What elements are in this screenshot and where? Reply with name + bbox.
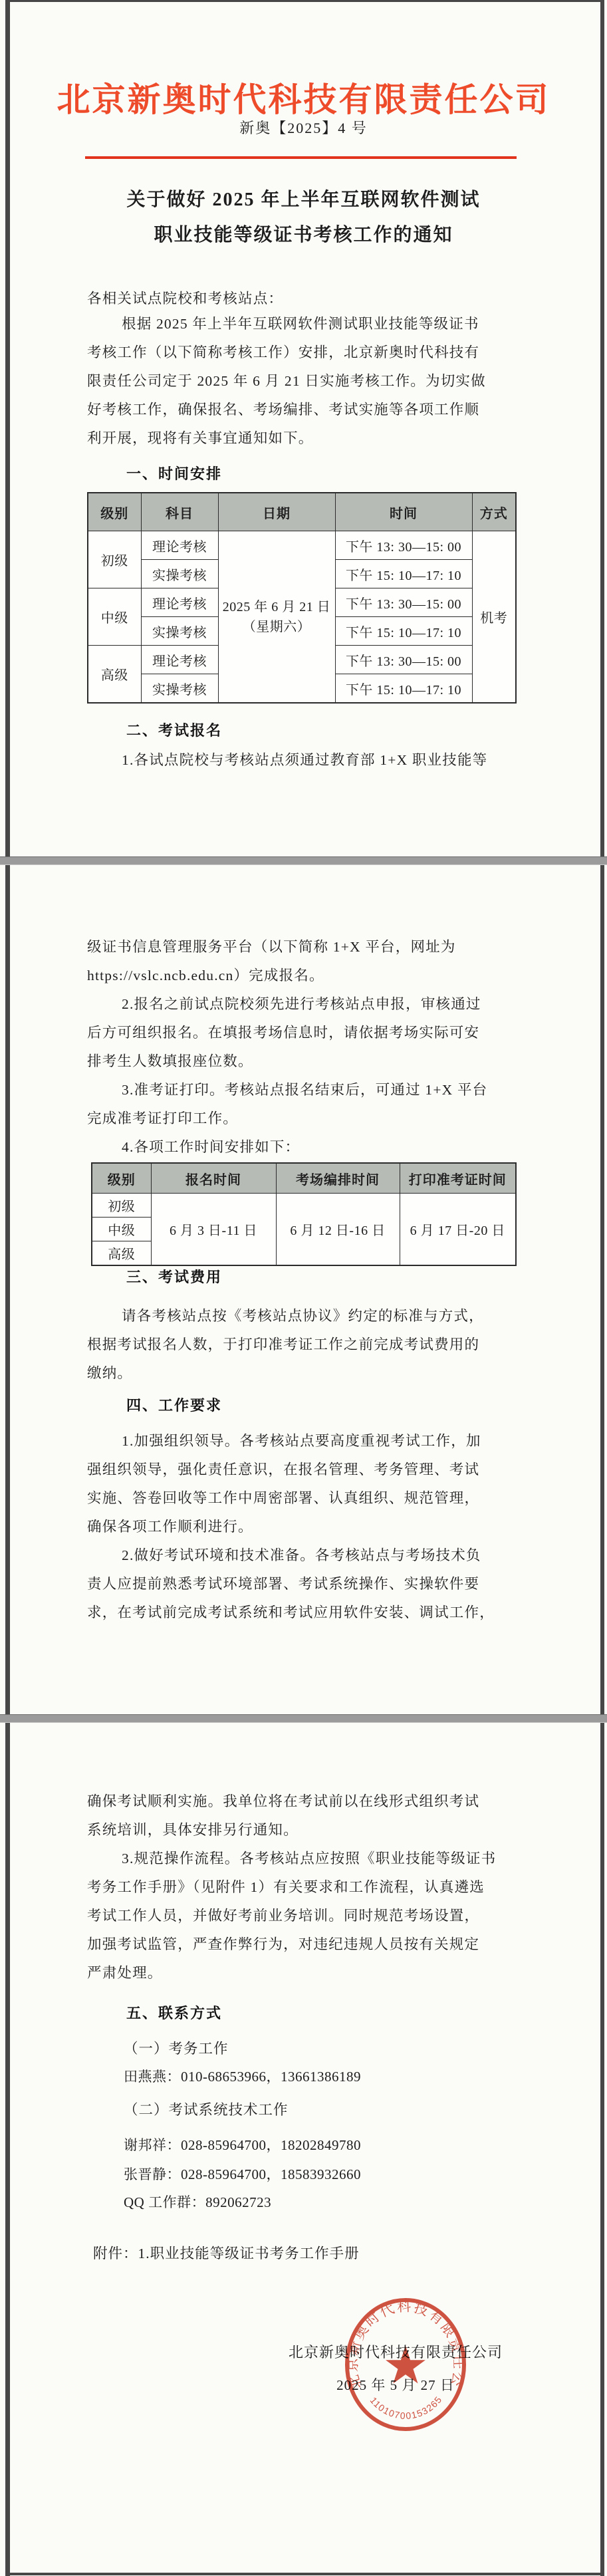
body-line: 级证书信息管理服务平台（以下简称 1+X 平台，网址为 <box>87 933 519 962</box>
contact-group2-label: （二）考试系统技术工作 <box>124 2096 289 2125</box>
body-line: 考务工作手册》（见附件 1）有关要求和工作流程，认真遴选 <box>87 1873 519 1902</box>
level-cell: 高级 <box>92 1241 151 1266</box>
notice-title-line2: 职业技能等级证书考核工作的通知 <box>0 220 607 247</box>
body-line: 2.报名之前试点院校须先进行考核站点申报，审核通过 <box>87 990 519 1019</box>
section3-heading: 三、考试费用 <box>126 1269 222 1286</box>
body-line: 1.各试点院校与考核站点须通过教育部 1+X 职业技能等 <box>87 746 519 775</box>
page-break-1 <box>0 856 607 865</box>
body-line: 3.准考证打印。考核站点报名结束后，可通过 1+X 平台 <box>87 1076 519 1104</box>
contact-person: 谢邦祥：028-85964700，18202849780 <box>124 2131 361 2160</box>
body-line: 实施、答卷回收等工作中周密部署、认真组织、规范管理， <box>87 1484 519 1513</box>
section3-paragraph: 请各考核站点按《考核站点协议》约定的标准与方式， 根据考试报名人数，于打印准考证… <box>87 1302 519 1388</box>
body-line: 1.加强组织领导。各考核站点要高度重视考试工作，加 <box>87 1427 519 1456</box>
body-line: 完成准考证打印工作。 <box>87 1104 519 1133</box>
section5-heading: 五、联系方式 <box>126 2005 222 2022</box>
red-rule <box>85 156 517 159</box>
stamp-number: 11010700153265 <box>368 2394 444 2421</box>
print-period-cell: 6 月 17 日-20 日 <box>400 1194 516 1266</box>
body-line: 后方可组织报名。在填报考场信息时，请依据考场实际可安 <box>87 1019 519 1047</box>
time-cell: 下午 15: 10—17: 10 <box>335 617 472 646</box>
body-line: 求，在考试前完成考试系统和考试应用软件安装、调试工作， <box>87 1599 519 1627</box>
body-line: 确保考试顺利实施。我单位将在考试前以在线形式组织考试 <box>87 1787 519 1816</box>
body-line: 责人应提前熟悉考试环境部署、考试系统操作、实操软件要 <box>87 1570 519 1599</box>
body-line: 排考生人数填报座位数。 <box>87 1047 519 1076</box>
date-cell: 2025 年 6 月 21 日 （星期六） <box>218 531 335 704</box>
table-row: 初级 理论考核 2025 年 6 月 21 日 （星期六） 下午 13: 30—… <box>88 531 516 560</box>
intro-line: 根据 2025 年上半年互联网软件测试职业技能等级证书 <box>87 310 519 338</box>
body-line: 3.规范操作流程。各考核站点应按照《职业技能等级证书 <box>87 1845 519 1873</box>
time-cell: 下午 15: 10—17: 10 <box>335 674 472 704</box>
level-cell: 中级 <box>88 588 141 646</box>
subject-cell: 理论考核 <box>141 531 218 560</box>
body-line: 考试工作人员，并做好考前业务培训。同时规范考场设置， <box>87 1902 519 1930</box>
level-cell: 初级 <box>92 1194 151 1218</box>
contact-person: 张晋静：028-85964700，18583932660 <box>124 2160 361 2189</box>
intro-line: 考核工作（以下简称考核工作）安排，北京新奥时代科技有 <box>87 338 519 367</box>
date-line1: 2025 年 6 月 21 日 <box>219 597 335 617</box>
qq-work-group: QQ 工作群：892062723 <box>124 2188 271 2217</box>
body-line: 根据考试报名人数，于打印准考证工作之前完成考试费用的 <box>87 1331 519 1359</box>
body-line: 系统培训，具体安排另行通知。 <box>87 1816 519 1845</box>
section4-paragraph: 1.加强组织领导。各考核站点要高度重视考试工作，加 强组织领导，强化责任意识，在… <box>87 1427 519 1627</box>
col-header-arrangement: 考场编排时间 <box>276 1163 400 1194</box>
subject-cell: 实操考核 <box>141 560 218 588</box>
time-cell: 下午 13: 30—15: 00 <box>335 588 472 617</box>
body-line: 严肃处理。 <box>87 1959 519 1988</box>
col-header-mode: 方式 <box>472 493 516 531</box>
col-header-registration: 报名时间 <box>151 1163 276 1194</box>
subject-cell: 理论考核 <box>141 588 218 617</box>
date-line2: （星期六） <box>219 617 335 637</box>
body-line: 确保各项工作顺利进行。 <box>87 1513 519 1541</box>
contact-group1-label: （一）考务工作 <box>124 2035 229 2063</box>
time-cell: 下午 13: 30—15: 00 <box>335 646 472 674</box>
salutation: 各相关试点院校和考核站点： <box>87 285 519 313</box>
notice-title-line1: 关于做好 2025 年上半年互联网软件测试 <box>0 185 607 211</box>
official-seal-stamp: 北京新奥时代科技有限责任公司 11010700153265 ★ <box>342 2295 469 2434</box>
intro-line: 好考核工作，确保报名、考场编排、考试实施等各项工作顺 <box>87 396 519 424</box>
scan-edge-left <box>5 0 10 2576</box>
time-cell: 下午 15: 10—17: 10 <box>335 560 472 588</box>
subject-cell: 实操考核 <box>141 617 218 646</box>
section2-item1: 1.各试点院校与考核站点须通过教育部 1+X 职业技能等 <box>87 746 519 775</box>
section4-heading: 四、工作要求 <box>126 1397 222 1414</box>
mode-cell: 机考 <box>472 531 516 704</box>
body-line: 加强考试监管，严查作弊行为，对违纪违规人员按有关规定 <box>87 1930 519 1959</box>
section1-heading: 一、时间安排 <box>126 465 222 483</box>
scan-edge-top <box>5 0 604 2</box>
attachment-note: 附件：1.职业技能等级证书考务工作手册 <box>93 2240 360 2268</box>
stamp-star-icon: ★ <box>382 2336 429 2396</box>
col-header-print: 打印准考证时间 <box>400 1163 516 1194</box>
section2-heading: 二、考试报名 <box>126 722 222 739</box>
page-break-2 <box>0 1714 607 1723</box>
scan-edge-right <box>600 0 604 2576</box>
contact-person: 田燕燕：010-68653966，13661386189 <box>124 2063 361 2091</box>
arrangement-period-cell: 6 月 12 日-16 日 <box>276 1194 400 1266</box>
col-header-date: 日期 <box>218 493 335 531</box>
schedule-table: 级别 科目 日期 时间 方式 初级 理论考核 2025 年 6 月 21 日 （… <box>87 492 517 704</box>
intro-line: 利开展，现将有关事宜通知如下。 <box>87 424 519 453</box>
work-schedule-table: 级别 报名时间 考场编排时间 打印准考证时间 初级 6 月 3 日-11 日 6… <box>91 1162 517 1266</box>
salutation-text: 各相关试点院校和考核站点： <box>87 285 519 313</box>
body-line: 强组织领导，强化责任意识，在报名管理、考务管理、考试 <box>87 1456 519 1484</box>
level-cell: 中级 <box>92 1218 151 1241</box>
level-cell: 初级 <box>88 531 141 588</box>
time-cell: 下午 13: 30—15: 00 <box>335 531 472 560</box>
level-cell: 高级 <box>88 646 141 704</box>
col-header-time: 时间 <box>335 493 472 531</box>
body-line: 4.各项工作时间安排如下： <box>87 1133 519 1162</box>
scanned-notice-document: 北京新奥时代科技有限责任公司 新奥【2025】4 号 关于做好 2025 年上半… <box>0 0 607 2576</box>
table-header-row: 级别 报名时间 考场编排时间 打印准考证时间 <box>92 1163 516 1194</box>
intro-paragraph: 根据 2025 年上半年互联网软件测试职业技能等级证书 考核工作（以下简称考核工… <box>87 310 519 453</box>
body-line: 2.做好考试环境和技术准备。各考核站点与考场技术负 <box>87 1541 519 1570</box>
section4-continued: 确保考试顺利实施。我单位将在考试前以在线形式组织考试 系统培训，具体安排另行通知… <box>87 1787 519 1988</box>
col-header-level: 级别 <box>88 493 141 531</box>
body-line: https://vslc.ncb.edu.cn）完成报名。 <box>87 962 519 990</box>
body-line: 请各考核站点按《考核站点协议》约定的标准与方式， <box>87 1302 519 1331</box>
body-line: 缴纳。 <box>87 1359 519 1388</box>
svg-text:11010700153265: 11010700153265 <box>368 2394 444 2421</box>
intro-line: 限责任公司定于 2025 年 6 月 21 日实施考核工作。为切实做 <box>87 367 519 396</box>
table-header-row: 级别 科目 日期 时间 方式 <box>88 493 516 531</box>
col-header-subject: 科目 <box>141 493 218 531</box>
subject-cell: 理论考核 <box>141 646 218 674</box>
company-letterhead: 北京新奥时代科技有限责任公司 <box>0 73 607 121</box>
scan-edge-bottom <box>5 2573 604 2575</box>
subject-cell: 实操考核 <box>141 674 218 704</box>
table-row: 初级 6 月 3 日-11 日 6 月 12 日-16 日 6 月 17 日-2… <box>92 1194 516 1218</box>
registration-period-cell: 6 月 3 日-11 日 <box>151 1194 276 1266</box>
section2-continued: 级证书信息管理服务平台（以下简称 1+X 平台，网址为 https://vslc… <box>87 933 519 1162</box>
col-header-level: 级别 <box>92 1163 151 1194</box>
document-number: 新奥【2025】4 号 <box>0 117 607 138</box>
